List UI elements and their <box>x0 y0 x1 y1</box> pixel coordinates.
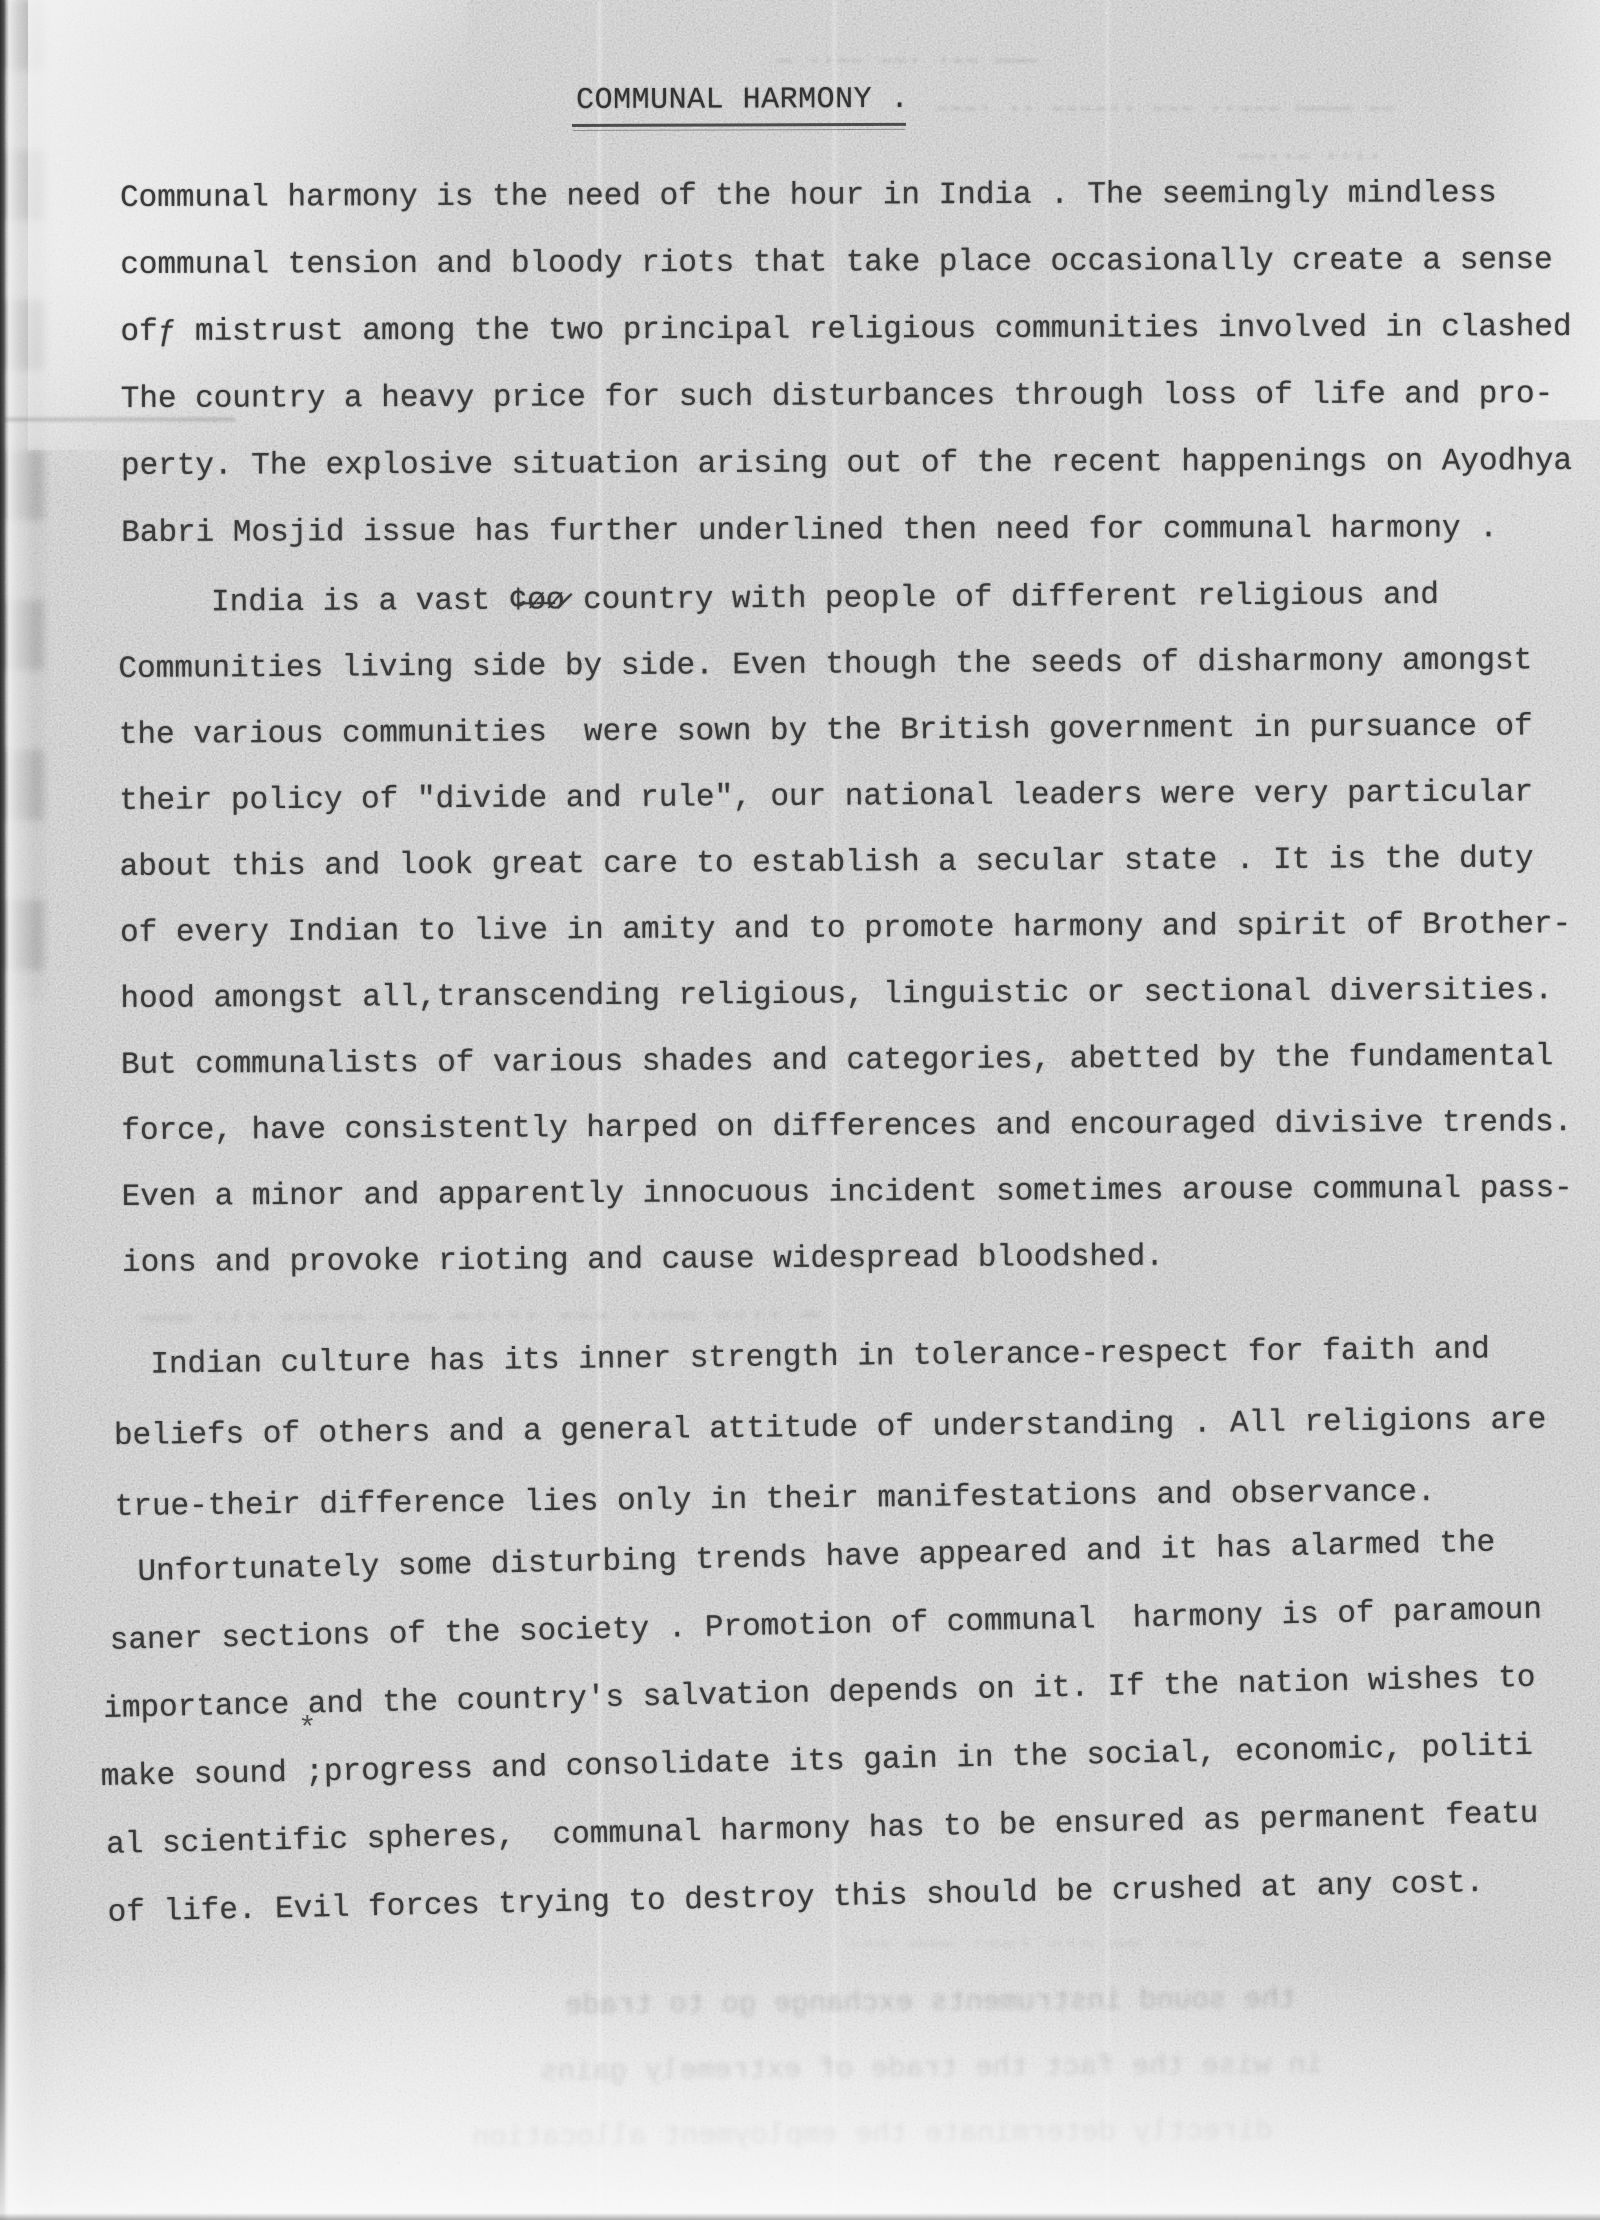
title-underline <box>572 123 906 127</box>
paragraph-2: India is a vast ¢̶ø̶ø̷ country with peop… <box>118 579 1573 1314</box>
bleed-through-smudge: ––··– ···· <box>1238 144 1382 171</box>
paragraph-4: Unfortunately some disturbing trends hav… <box>100 1527 1549 1966</box>
typed-text-line: force, have consistently harped on diffe… <box>121 1107 1572 1182</box>
bottom-light-band <box>0 1970 1600 2220</box>
paragraph-1: Communal harmony is the need of the hour… <box>120 178 1572 585</box>
bleed-through-line: the sound instruments exchange go to tra… <box>565 1983 1296 2022</box>
typed-text-line: Even a minor and apparently innocuous in… <box>122 1173 1573 1248</box>
typed-text-line: Communal harmony is the need of the hour… <box>120 178 1571 250</box>
typed-text-line: The country a heavy price for such distu… <box>121 379 1572 451</box>
typed-text-line: hood amongst all,transcending religious,… <box>120 975 1571 1050</box>
typed-text-line: perty. The explosive situation arising o… <box>121 446 1572 518</box>
bleed-through-smudge: –––· ·· ––––·· ––– ··––– ———— –– <box>935 96 1396 123</box>
typed-text-line: about this and look great care to establ… <box>120 843 1571 918</box>
typed-text-line: their policy of "divide and rule", our n… <box>119 777 1570 852</box>
scanned-document-page: — ··–– ––· ·–– ——— –––· ·· ––––·· ––– ··… <box>0 0 1600 2220</box>
typed-text-line: Communities living side by side. Even th… <box>118 645 1569 720</box>
left-edge-blotches <box>0 0 44 1000</box>
bleed-through-line: directly determinate the employment allo… <box>472 2115 1273 2155</box>
bleed-through-smudge: — ··–– ––· ·–– ——— <box>778 48 1037 75</box>
typed-text-line: of every Indian to live in amity and to … <box>120 909 1571 984</box>
stray-asterisk-mark: * <box>298 1712 317 1747</box>
bleed-through-line: in wise the fact the trade of extremely … <box>540 2049 1323 2089</box>
typed-text-line: communal tension and bloody riots that t… <box>120 245 1571 317</box>
scan-left-edge <box>0 0 56 2220</box>
document-title: COMMUNAL HARMONY . <box>576 85 909 116</box>
typed-text-line: the various communities were sown by the… <box>119 711 1570 786</box>
typed-text-line: India is a vast ¢̶ø̶ø̷ country with peop… <box>118 579 1569 654</box>
typed-text-line: But communalists of various shades and c… <box>121 1041 1572 1116</box>
typed-text-line: ofƒ mistrust among the two principal rel… <box>120 312 1571 384</box>
scan-bottom-edge <box>0 2213 1600 2220</box>
typed-text-line: Babri Mosjid issue has further underline… <box>121 513 1572 585</box>
typed-text-line: ions and provoke rioting and cause wides… <box>122 1239 1573 1314</box>
